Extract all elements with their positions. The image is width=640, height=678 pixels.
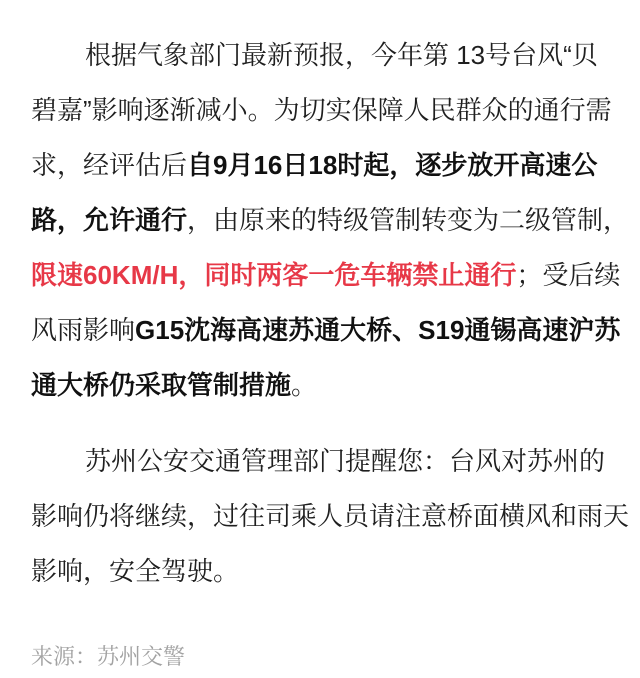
text-run: 自9月16日18时起，逐步放开高速公 <box>187 150 597 180</box>
article-body: 根据气象部门最新预报，今年第 13号台风“贝碧嘉”影响逐渐减小。为切实保障人民群… <box>0 0 640 672</box>
text-run: 路，允许通行 <box>31 205 187 235</box>
text-run: 。 <box>291 370 317 400</box>
article-paragraphs: 根据气象部门最新预报，今年第 13号台风“贝碧嘉”影响逐渐减小。为切实保障人民群… <box>31 28 609 599</box>
text-run: 碧嘉”影响逐渐减小。为切实保障人民群众的通行需 <box>31 95 612 125</box>
paragraph: 根据气象部门最新预报，今年第 13号台风“贝碧嘉”影响逐渐减小。为切实保障人民群… <box>31 28 609 413</box>
text-run: 苏州公安交通管理部门提醒您：台风对苏州的 <box>85 446 605 476</box>
text-run: 风雨影响 <box>31 315 135 345</box>
source-attribution: 来源：苏州交警 <box>31 642 609 672</box>
text-run: 求，经评估后 <box>31 150 187 180</box>
text-line: 路，允许通行，由原来的特级管制转变为二级管制， <box>31 193 609 248</box>
text-line: 风雨影响G15沈海高速苏通大桥、S19通锡高速沪苏 <box>31 303 609 358</box>
text-run: G15沈海高速苏通大桥、S19通锡高速沪苏 <box>135 315 620 345</box>
text-line: 影响，安全驾驶。 <box>31 544 609 599</box>
text-run: ；受后续 <box>516 260 620 290</box>
paragraph: 苏州公安交通管理部门提醒您：台风对苏州的影响仍将继续，过往司乘人员请注意桥面横风… <box>31 434 609 599</box>
text-run: 根据气象部门最新预报，今年第 13号台风“贝 <box>85 40 598 70</box>
text-line: 碧嘉”影响逐渐减小。为切实保障人民群众的通行需 <box>31 83 609 138</box>
text-run: ，由原来的特级管制转变为二级管制， <box>187 205 629 235</box>
text-line: 影响仍将继续，过往司乘人员请注意桥面横风和雨天 <box>31 489 609 544</box>
text-run: 影响，安全驾驶。 <box>31 556 239 586</box>
text-run: 通大桥仍采取管制措施 <box>31 370 291 400</box>
text-run: 影响仍将继续，过往司乘人员请注意桥面横风和雨天 <box>31 501 629 531</box>
text-run: 限速60KM/H，同时两客一危车辆禁止通行 <box>31 260 516 290</box>
text-line: 苏州公安交通管理部门提醒您：台风对苏州的 <box>31 434 609 489</box>
text-line: 通大桥仍采取管制措施。 <box>31 358 609 413</box>
text-line: 求，经评估后自9月16日18时起，逐步放开高速公 <box>31 138 609 193</box>
text-line: 根据气象部门最新预报，今年第 13号台风“贝 <box>31 28 609 83</box>
text-line: 限速60KM/H，同时两客一危车辆禁止通行；受后续 <box>31 248 609 303</box>
